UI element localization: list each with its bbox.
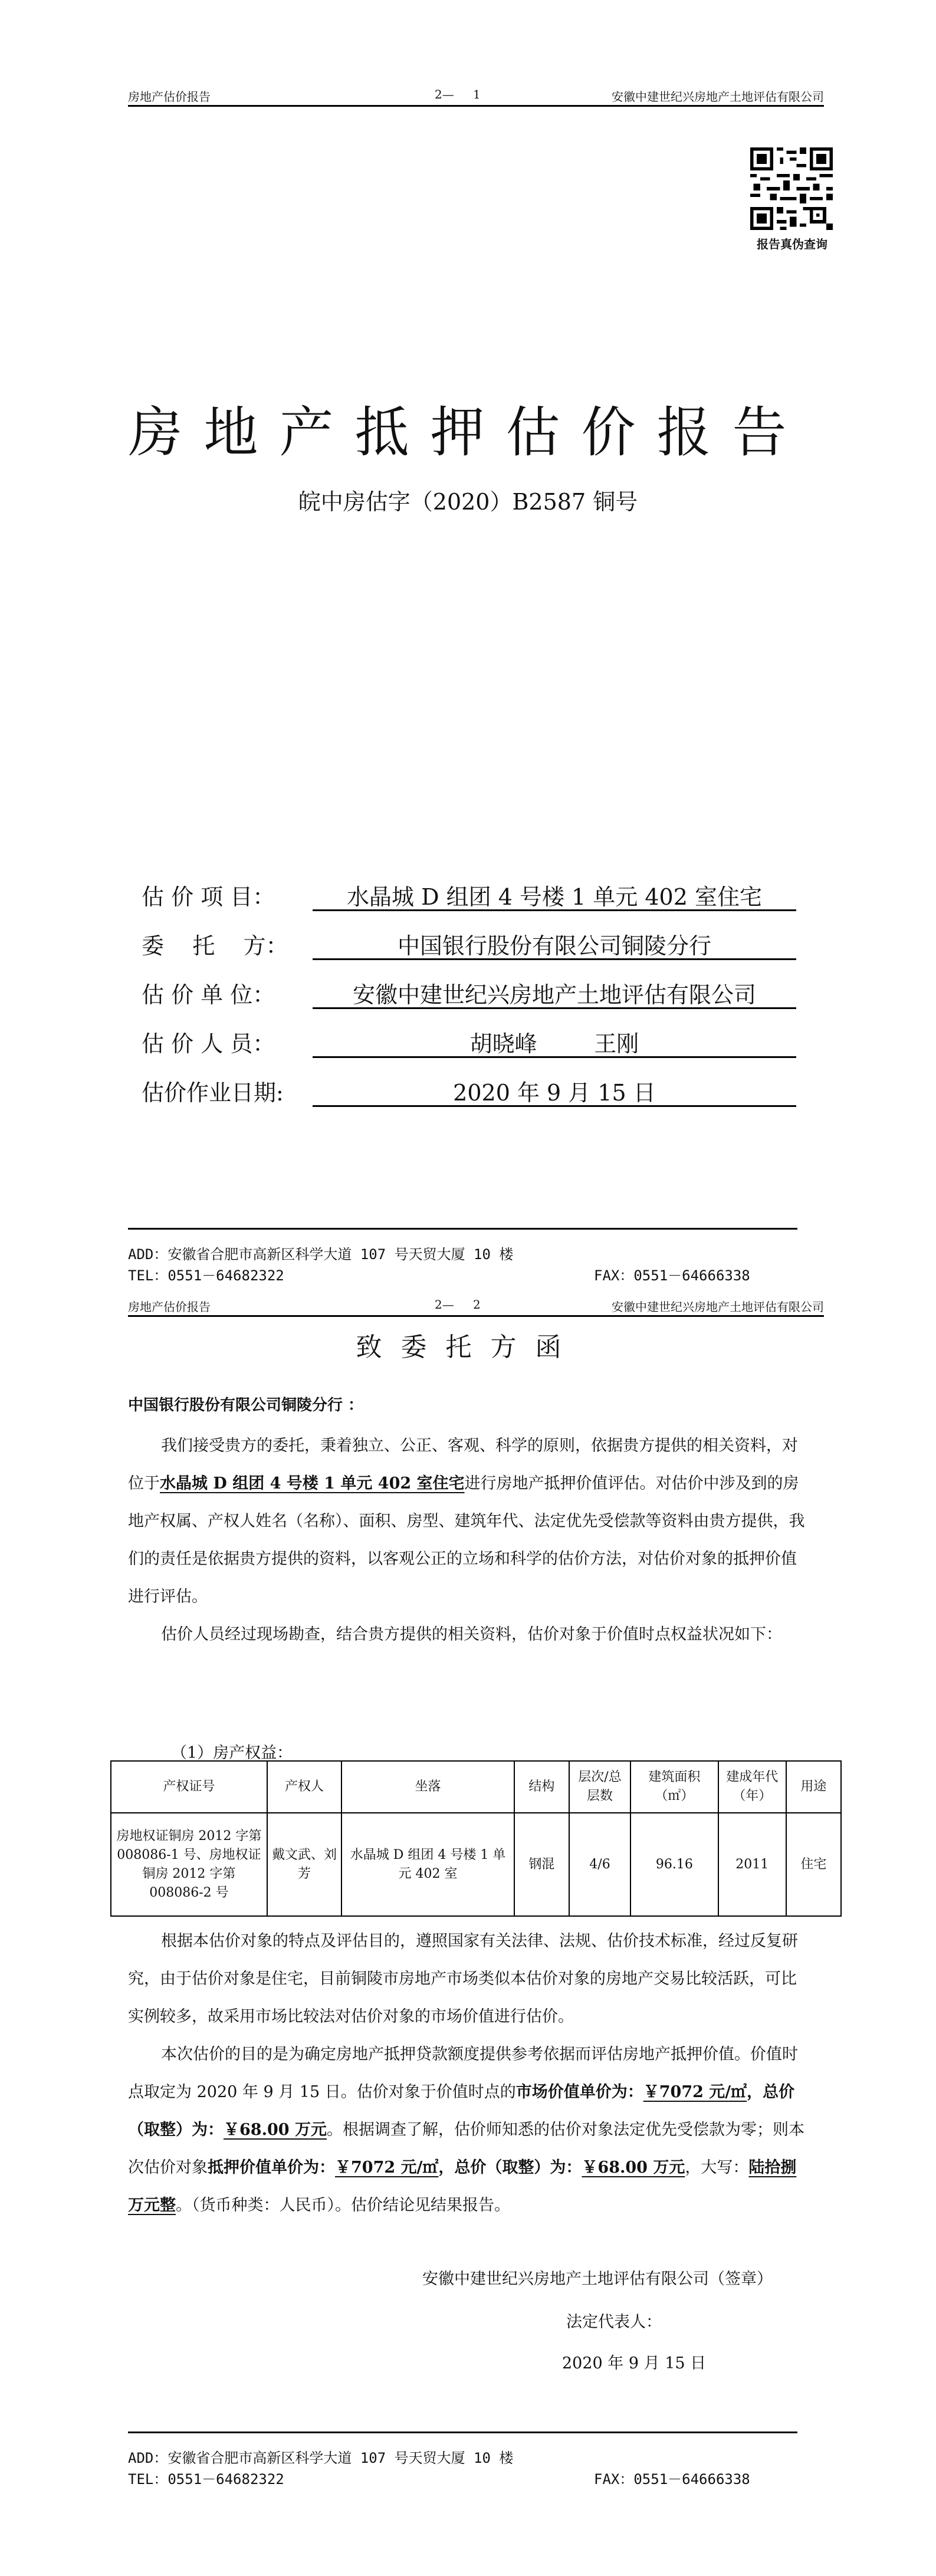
table-row: 房地权证铜房 2012 字第 008086-1 号、房地权证铜房 2012 字第…	[111, 1813, 841, 1916]
field-value: 水晶城 D 组团 4 号楼 1 单元 402 室住宅	[313, 879, 796, 911]
header-doc-type: 房地产估价报告	[128, 87, 211, 104]
page1-footer: ADD：安徽省合肥市高新区科学大道 107 号天贸大厦 10 楼 TEL：055…	[128, 1228, 824, 1285]
section-subheading: （1）房产权益：	[171, 1740, 293, 1763]
header-doc-type: 房地产估价报告	[128, 1297, 211, 1315]
col-area: 建筑面积（㎡）	[630, 1761, 718, 1813]
footer-fax: FAX：0551－64666338	[594, 2467, 750, 2488]
property-rights-table: 产权证号 产权人 坐落 结构 层次/总层数 建筑面积（㎡） 建成年代（年） 用途…	[110, 1760, 842, 1917]
property-address: 水晶城 D 组团 4 号楼 1 单元 402 室住宅	[160, 1474, 465, 1493]
header-company: 安徽中建世纪兴房地产土地评估有限公司	[612, 87, 824, 104]
page1-header: 房地产估价报告 2— 1 安徽中建世纪兴房地产土地评估有限公司	[128, 83, 824, 106]
field-appraisers: 估 价 人 员： 胡晓峰 王刚	[142, 1026, 808, 1061]
field-value: 安徽中建世纪兴房地产土地评估有限公司	[313, 977, 796, 1009]
header-page-prefix: 2—	[435, 87, 454, 101]
col-floor: 层次/总层数	[569, 1761, 630, 1813]
footer-address: ADD：安徽省合肥市高新区科学大道 107 号天贸大厦 10 楼	[128, 1246, 513, 1263]
footer-rule	[128, 1228, 797, 1230]
qr-code-icon[interactable]	[750, 147, 833, 230]
signature-representative: 法定代表人：	[566, 2309, 662, 2332]
table-header-row: 产权证号 产权人 坐落 结构 层次/总层数 建筑面积（㎡） 建成年代（年） 用途	[111, 1761, 841, 1813]
field-label: 委 托 方：	[142, 928, 304, 960]
field-label: 估 价 人 员：	[142, 1026, 304, 1058]
header-page-number: 2	[473, 1297, 481, 1312]
qr-caption: 报告真伪查询	[748, 235, 836, 252]
letter-addressee: 中国银行股份有限公司铜陵分行 ：	[128, 1393, 363, 1415]
header-company: 安徽中建世纪兴房地产土地评估有限公司	[612, 1297, 824, 1315]
footer-tel: TEL：0551－64682322	[128, 2471, 284, 2488]
field-project: 估 价 项 目： 水晶城 D 组团 4 号楼 1 单元 402 室住宅	[142, 879, 808, 914]
field-value: 中国银行股份有限公司铜陵分行	[313, 928, 796, 960]
footer-address: ADD：安徽省合肥市高新区科学大道 107 号天贸大厦 10 楼	[128, 2450, 513, 2466]
footer-fax: FAX：0551－64666338	[594, 1264, 750, 1284]
letter-title: 致委托方函	[0, 1326, 936, 1363]
mortgage-unit-price: ￥7072 元/㎡	[335, 2158, 438, 2177]
signature-company: 安徽中建世纪兴房地产土地评估有限公司（签章）	[422, 2266, 773, 2289]
letter-paragraph-3: 根据本估价对象的特点及评估目的，遵照国家有关法律、法规、估价技术标准，经过反复研…	[128, 1923, 812, 2036]
field-date: 估价作业日期: 2020 年 9 月 15 日	[142, 1075, 808, 1110]
market-unit-price: ￥7072 元/㎡	[643, 2083, 747, 2101]
header-page-prefix: 2—	[435, 1297, 454, 1312]
field-label: 估 价 单 位：	[142, 977, 304, 1009]
field-value: 胡晓峰 王刚	[313, 1026, 796, 1058]
page2-header: 房地产估价报告 2— 2 安徽中建世纪兴房地产土地评估有限公司	[128, 1293, 824, 1316]
col-usage: 用途	[786, 1761, 841, 1813]
col-year: 建成年代（年）	[718, 1761, 786, 1813]
field-value: 2020 年 9 月 15 日	[313, 1075, 796, 1107]
header-rule	[128, 1315, 824, 1317]
mortgage-total-price: ￥68.00 万元	[582, 2158, 685, 2177]
footer-rule	[128, 2432, 797, 2433]
header-rule	[128, 105, 824, 107]
letter-paragraph-2: 估价人员经过现场勘查，结合贵方提供的相关资料，估价对象于价值时点权益状况如下：	[128, 1616, 812, 1654]
report-number: 皖中房估字（2020）B2587 铜号	[0, 484, 936, 516]
col-owner: 产权人	[267, 1761, 341, 1813]
col-cert-no: 产权证号	[111, 1761, 267, 1813]
field-client: 委 托 方： 中国银行股份有限公司铜陵分行	[142, 928, 808, 963]
col-location: 坐落	[341, 1761, 514, 1813]
market-total-price: ￥68.00 万元	[224, 2121, 327, 2139]
col-structure: 结构	[514, 1761, 569, 1813]
field-label: 估 价 项 目：	[142, 879, 304, 911]
page2-footer: ADD：安徽省合肥市高新区科学大道 107 号天贸大厦 10 楼 TEL：055…	[128, 2432, 824, 2489]
signature-date: 2020 年 9 月 15 日	[562, 2350, 706, 2373]
header-page-number: 1	[473, 87, 481, 101]
report-title: 房地产抵押估价报告	[0, 389, 936, 467]
letter-paragraph-4: 本次估价的目的是为确定房地产抵押贷款额度提供参考依据而评估房地产抵押价值。价值时…	[128, 2036, 812, 2225]
field-appraiser-firm: 估 价 单 位： 安徽中建世纪兴房地产土地评估有限公司	[142, 977, 808, 1012]
field-label: 估价作业日期:	[142, 1075, 304, 1107]
letter-paragraph-1: 我们接受贵方的委托，秉着独立、公正、客观、科学的原则，依据贵方提供的相关资料，对…	[128, 1427, 812, 1616]
footer-tel: TEL：0551－64682322	[128, 1267, 284, 1284]
